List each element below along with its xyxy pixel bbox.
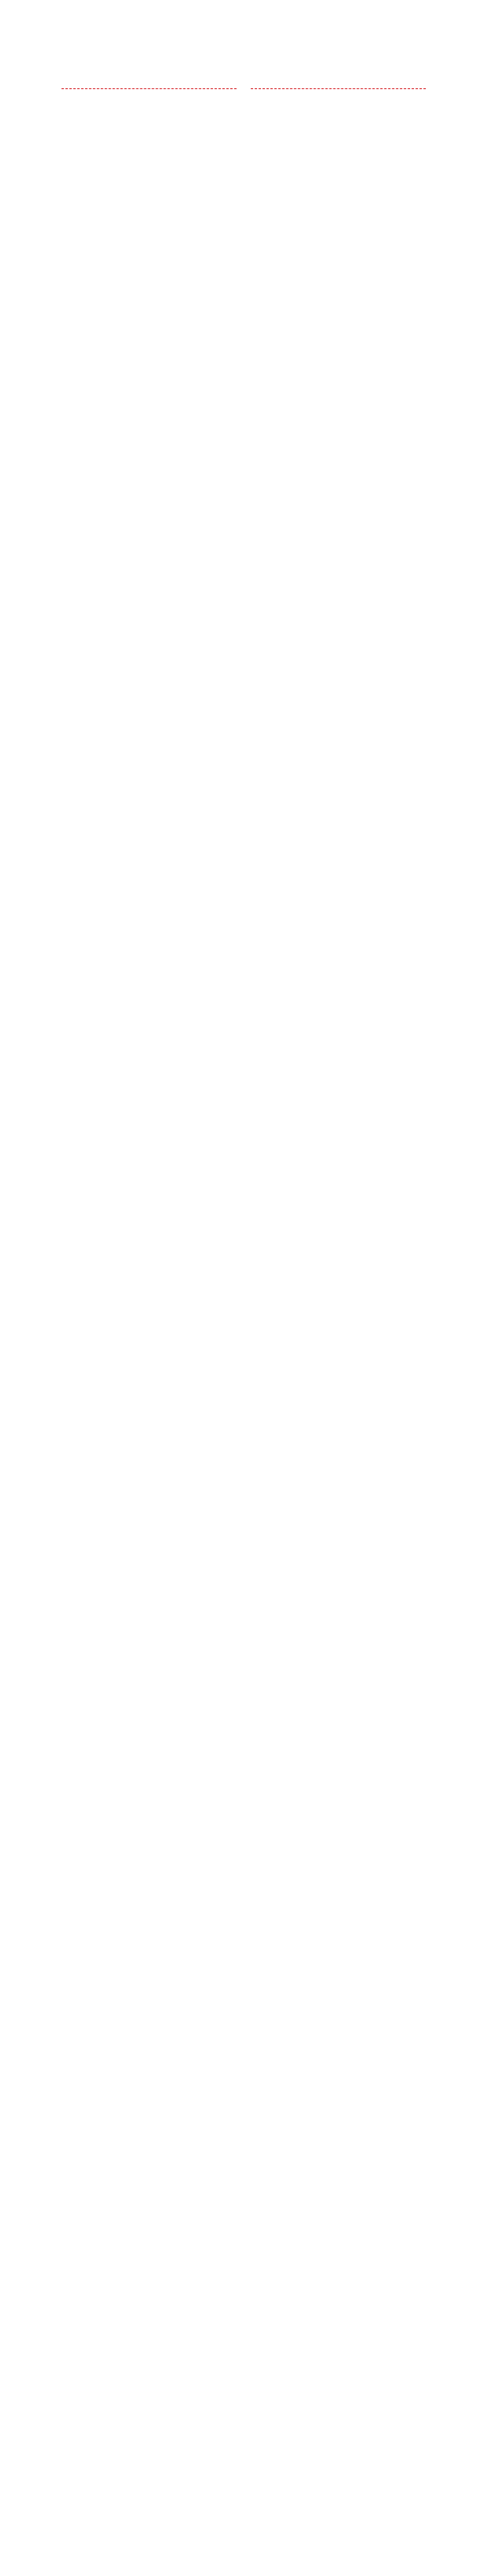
notice-document [0, 0, 481, 2576]
divider-left-dash [62, 88, 237, 89]
divider-right-dash [251, 88, 426, 89]
intro-paragraph-2 [50, 353, 437, 379]
intro-paragraph-1 [50, 197, 437, 223]
red-divider [62, 84, 426, 93]
intro-paragraph-3 [50, 730, 437, 756]
